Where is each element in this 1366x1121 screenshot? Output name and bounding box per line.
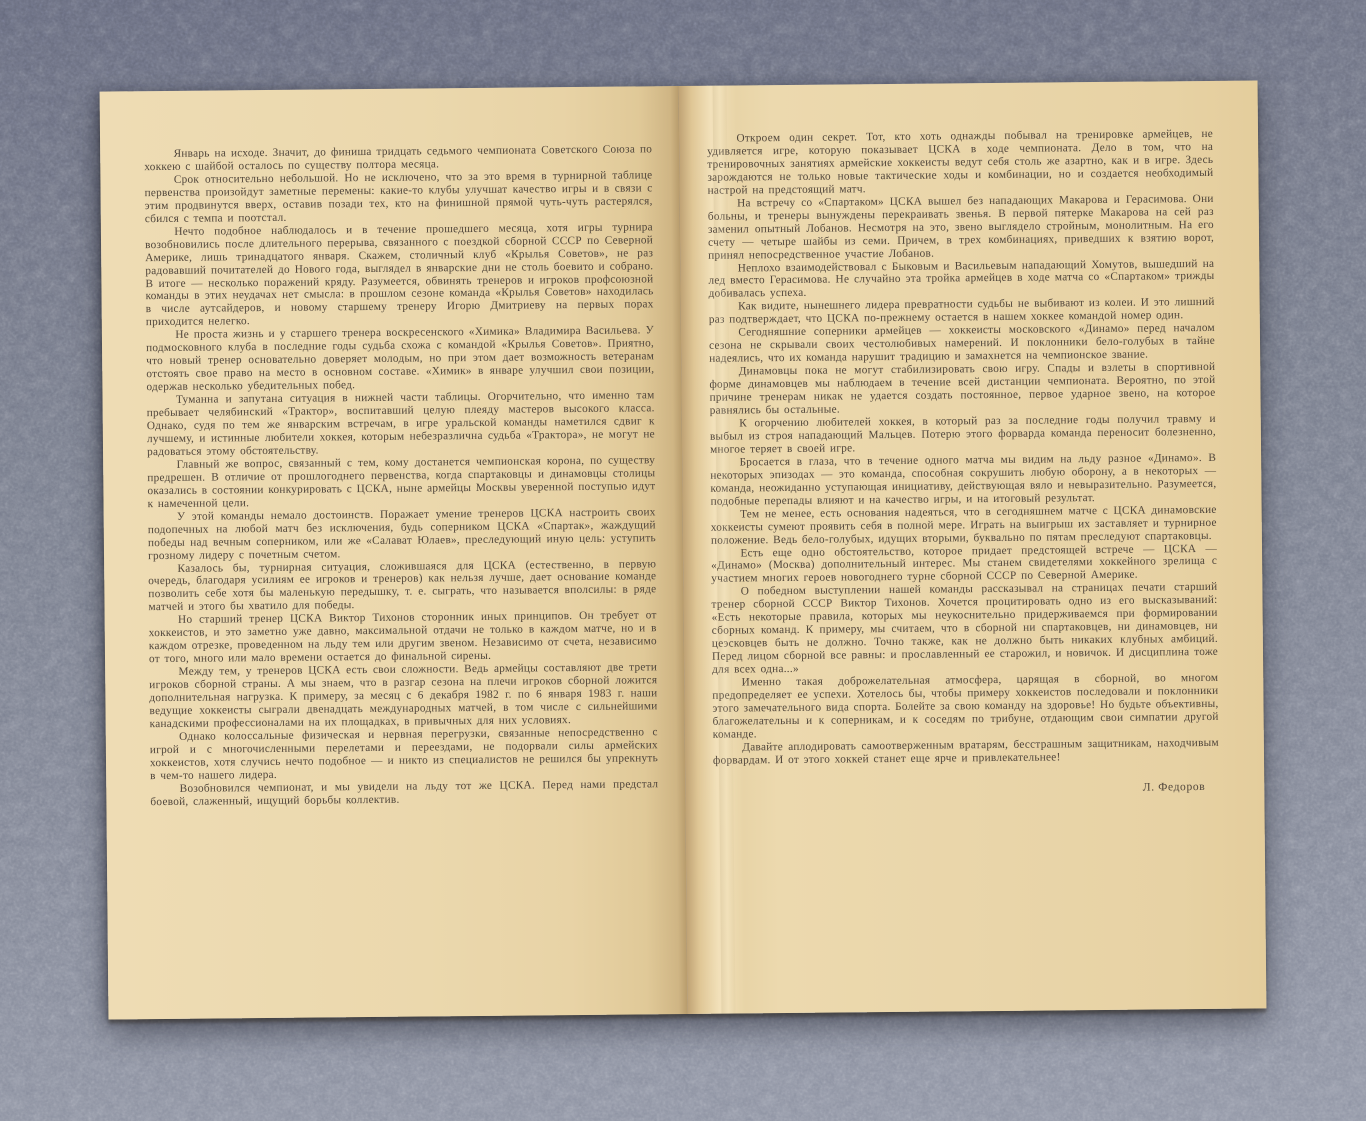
paragraph: Казалось бы, турнирная ситуация, сложивш… [148,558,656,615]
paragraph: Именно такая доброжелательная атмосфера,… [712,672,1219,742]
paragraph: Возобновился чемпионат, и мы увидели на … [150,778,658,809]
page-right: Откроем один секрет. Тот, кто хоть однаж… [679,80,1267,1014]
paragraph: Есть еще одно обстоятельство, которое пр… [711,542,1217,586]
paragraph: Однако колоссальные физическая и нервная… [150,726,658,783]
paragraph: Динамовцы пока не могут стабилизировать … [709,361,1215,418]
author-signature: Л. Федоров [713,780,1219,798]
paragraph: Бросается в глаза, что в течение одного … [710,452,1216,509]
booklet: Январь на исходе. Значит, до финиша трид… [100,80,1267,1019]
left-page-text: Январь на исходе. Значит, до финиша трид… [144,143,658,808]
paragraph: Не проста жизнь и у старшего тренера вос… [146,325,655,395]
paragraph: Неплохо взаимодействовал с Быковым и Вас… [708,257,1214,301]
paragraph: Главный же вопрос, связанный с тем, кому… [147,454,655,511]
paragraph: О победном выступлении нашей команды рас… [711,581,1218,677]
paragraph: У этой команды немало достоинств. Поража… [148,506,656,563]
right-page-text: Откроем один секрет. Тот, кто хоть однаж… [707,128,1219,768]
paragraph: Откроем один секрет. Тот, кто хоть однаж… [707,128,1214,198]
paragraph: Тем не менее, есть основания надеяться, … [711,504,1217,548]
paragraph: Срок относительно небольшой. Но не исклю… [144,169,652,226]
paragraph: Сегодняшние соперники армейцев — хоккеис… [709,322,1215,366]
paragraph: Нечто подобное наблюдалось и в течение п… [145,221,654,329]
page-left: Январь на исходе. Значит, до финиша трид… [100,86,688,1020]
paragraph: К огорчению любителей хоккея, в который … [710,413,1216,457]
paragraph: Давайте аплодировать самоотверженным вра… [713,737,1219,768]
paragraph: Но старший тренер ЦСКА Виктор Тихонов ст… [149,610,657,667]
paragraph: На встречу со «Спартаком» ЦСКА вышел без… [708,193,1215,263]
paragraph: Между тем, у тренеров ЦСКА есть свои сло… [149,661,658,731]
paragraph: Туманна и запутана ситуация в нижней час… [146,389,655,459]
